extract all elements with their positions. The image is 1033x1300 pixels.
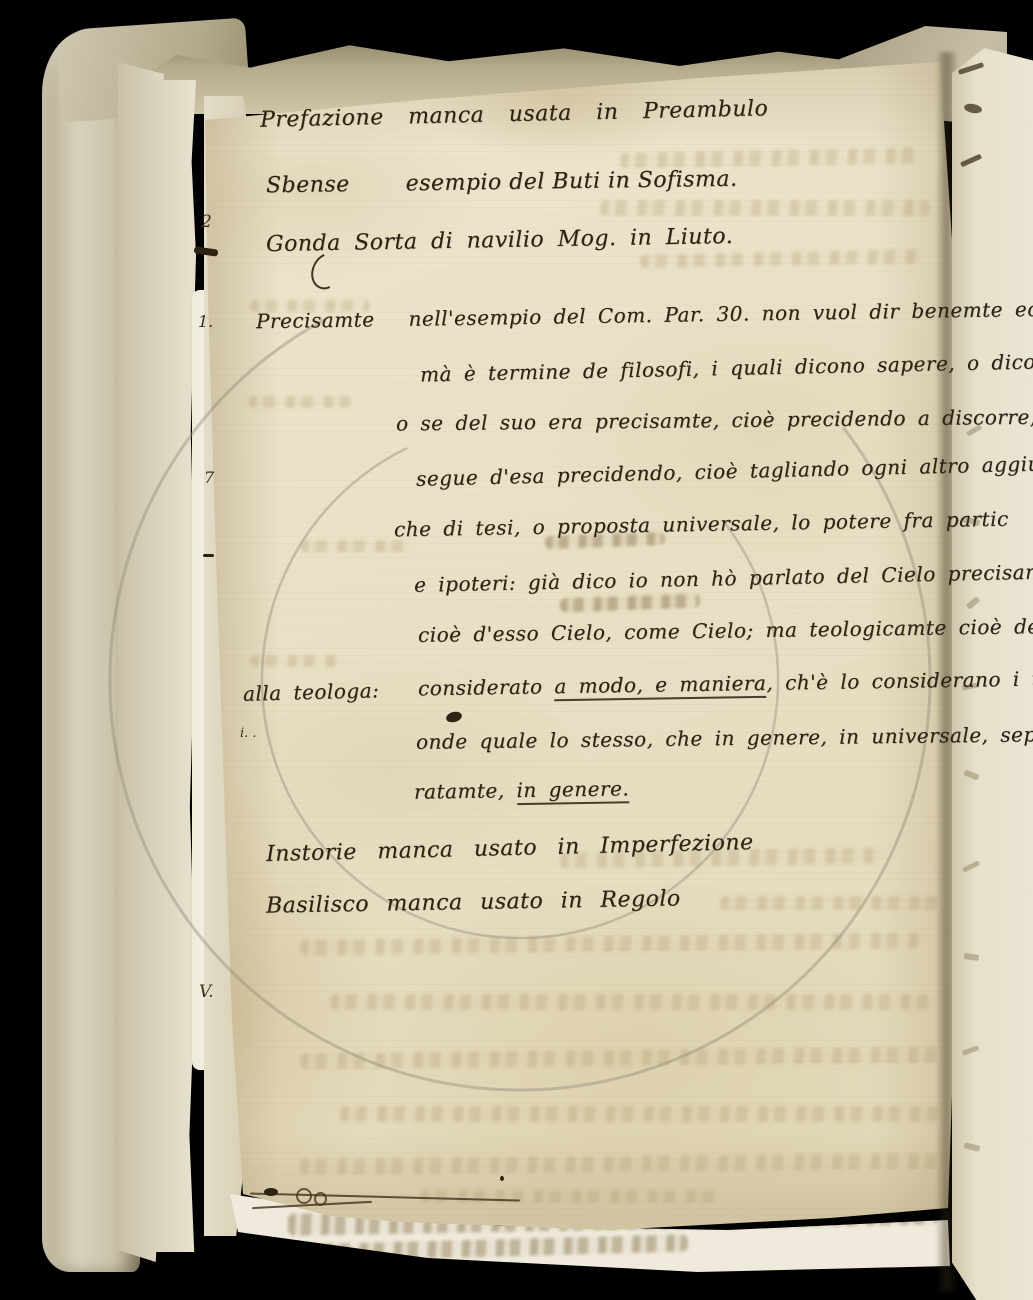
line-segment: considerato <box>418 674 555 700</box>
entry-line-9: e ipoteri: già dico io non hò parlato de… <box>414 559 1033 597</box>
entry-line-11: considerato a modo, e maniera, ch'è lo c… <box>418 666 1033 701</box>
ink-dot <box>500 1176 504 1181</box>
manuscript-photo: { "palette": { "background": "#000000", … <box>0 0 1033 1300</box>
entry-line-4: Precisamtenell'esempio del Com. Par. 30.… <box>256 297 1033 333</box>
ink-text-layer: Prefazione manca usata in Preambulo Sben… <box>0 0 1033 1300</box>
entry-line-12: onde quale lo stesso, che in genere, in … <box>416 722 1033 754</box>
entry-line-6: o se del suo era precisamte, cioè precid… <box>396 405 1033 436</box>
ink-scribble-loop <box>296 1188 312 1204</box>
line-segment: , ch'è lo considerano i teolog <box>766 666 1033 695</box>
margin-mark: V. <box>199 982 214 1002</box>
line-segment: ratamte, <box>414 778 517 804</box>
entry-line-5: mà è termine de filosofi, i quali dicono… <box>420 350 1033 387</box>
entry-definition: esempio del Buti in Sofisma. <box>405 167 737 197</box>
margin-note-alla-teologa: alla teologa: <box>243 678 380 706</box>
entry-line-3: Gonda Sorta di navilio Mog. in Liuto. <box>266 224 734 257</box>
margin-mark: 7 <box>204 468 214 487</box>
margin-mark: 2 <box>201 212 212 232</box>
entry-term: Precisamte <box>256 307 375 333</box>
entry-definition: nell'esempio del Com. Par. 30. non vuol … <box>408 297 1033 331</box>
entry-line-10: cioè d'esso Cielo, come Cielo; ma teolog… <box>418 613 1033 647</box>
entry-line-1: Prefazione manca usata in Preambulo <box>260 96 769 133</box>
ink-blot <box>264 1188 278 1196</box>
entry-term: Sbense <box>266 172 350 198</box>
ink-blot <box>445 710 463 724</box>
ink-scribble-loop <box>314 1192 327 1206</box>
entry-line-15: Basilisco manca usato in Regolo <box>266 886 681 918</box>
entry-line-14: Instorie manca usato in Imperfezione <box>266 830 754 867</box>
margin-mark: i. . <box>240 726 257 741</box>
entry-line-13: ratamte, in genere. <box>414 776 630 803</box>
entry-line-2: Sbenseesempio del Buti in Sofisma. <box>266 167 738 199</box>
underlined-phrase: a modo, e maniera <box>554 671 766 701</box>
margin-ink-blob <box>194 246 219 256</box>
margin-ink-dash <box>203 554 214 557</box>
ink-scribble <box>250 1192 520 1201</box>
entry-line-8: che di tesi, o proposta universale, lo p… <box>394 507 1009 542</box>
entry-line-7: segue d'esa precidendo, cioè tagliando o… <box>416 451 1033 491</box>
margin-mark: 1. <box>198 312 213 331</box>
ink-scribble <box>252 1201 372 1209</box>
underlined-phrase: in genere. <box>516 776 629 805</box>
